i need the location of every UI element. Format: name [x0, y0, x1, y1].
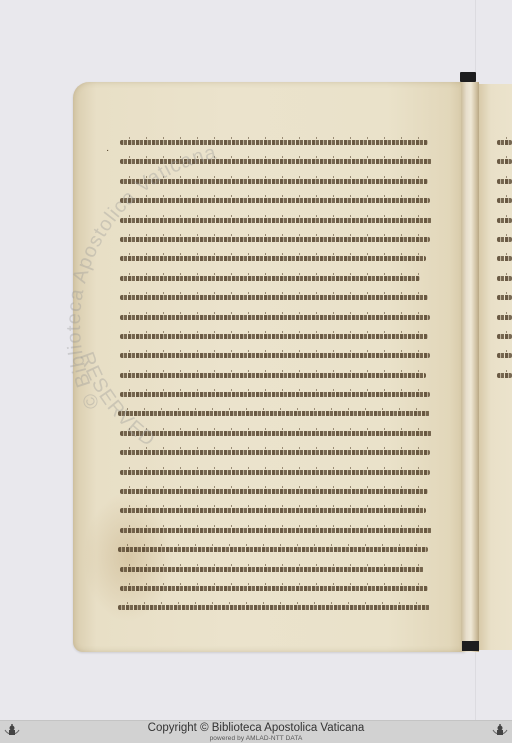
margin-mark: ·	[106, 145, 109, 156]
text-line	[118, 560, 433, 579]
text-line	[118, 385, 433, 404]
text-line	[497, 191, 512, 210]
papal-crest-icon	[490, 722, 510, 742]
text-line	[118, 540, 433, 559]
text-line	[497, 211, 512, 230]
text-line	[118, 152, 433, 171]
text-line	[118, 133, 433, 152]
text-line	[118, 308, 433, 327]
text-line	[497, 249, 512, 268]
binding-tab-top	[460, 72, 476, 82]
text-line	[118, 230, 433, 249]
copyright-footer: Copyright © Biblioteca Apostolica Vatica…	[0, 720, 512, 743]
text-line	[118, 288, 433, 307]
copyright-text: Copyright © Biblioteca Apostolica Vatica…	[0, 721, 512, 735]
text-line	[497, 152, 512, 171]
text-line	[118, 482, 433, 501]
text-line	[118, 579, 433, 598]
text-line	[118, 443, 433, 462]
text-line	[118, 269, 433, 288]
text-line	[118, 172, 433, 191]
powered-by-text: powered by AMLAD-NTT DATA	[0, 735, 512, 743]
text-line	[497, 366, 512, 385]
text-line	[118, 521, 433, 540]
text-line	[497, 327, 512, 346]
text-line	[118, 463, 433, 482]
text-line	[118, 191, 433, 210]
text-line	[497, 133, 512, 152]
text-line	[497, 288, 512, 307]
handwritten-text-block	[118, 133, 433, 618]
text-line	[497, 346, 512, 365]
text-line	[497, 308, 512, 327]
manuscript-viewer[interactable]: ·	[0, 0, 512, 720]
binding-gutter	[461, 82, 479, 652]
text-line	[118, 598, 433, 617]
text-line	[118, 211, 433, 230]
text-line	[118, 327, 433, 346]
text-line	[118, 346, 433, 365]
text-line	[497, 230, 512, 249]
text-line	[118, 501, 433, 520]
text-line	[118, 249, 433, 268]
text-line	[497, 172, 512, 191]
papal-crest-icon	[2, 722, 22, 742]
binding-tab-bottom	[462, 641, 479, 651]
recto-text-fragment	[497, 133, 512, 385]
text-line	[118, 424, 433, 443]
text-line	[118, 404, 433, 423]
text-line	[497, 269, 512, 288]
text-line	[118, 366, 433, 385]
